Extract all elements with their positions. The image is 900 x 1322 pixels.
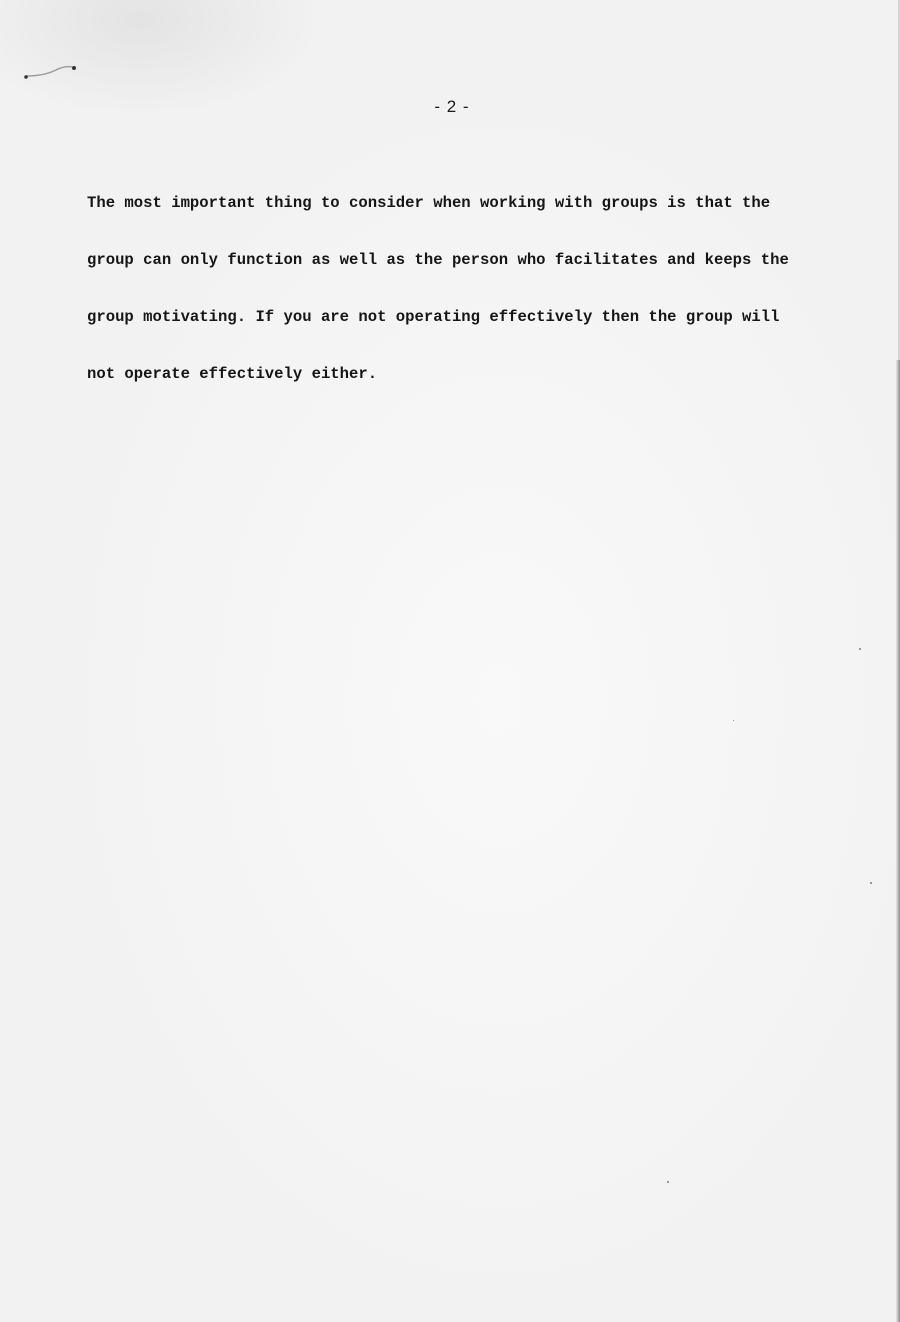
scan-speck (859, 648, 861, 650)
staple-mark-icon (20, 62, 80, 82)
paragraph-line: group motivating. If you are not operati… (87, 308, 847, 327)
page-number: - 2 - (0, 97, 900, 117)
paragraph-line: not operate effectively either. (87, 365, 847, 384)
page-edge-shadow (896, 360, 900, 1322)
scanned-page: - 2 - The most important thing to consid… (0, 0, 900, 1322)
scan-speck (870, 882, 872, 884)
paragraph-line: group can only function as well as the p… (87, 251, 847, 270)
body-paragraph: The most important thing to consider whe… (87, 156, 847, 422)
scan-speck (733, 720, 734, 721)
paragraph-line: The most important thing to consider whe… (87, 194, 847, 213)
scan-speck (667, 1181, 669, 1183)
